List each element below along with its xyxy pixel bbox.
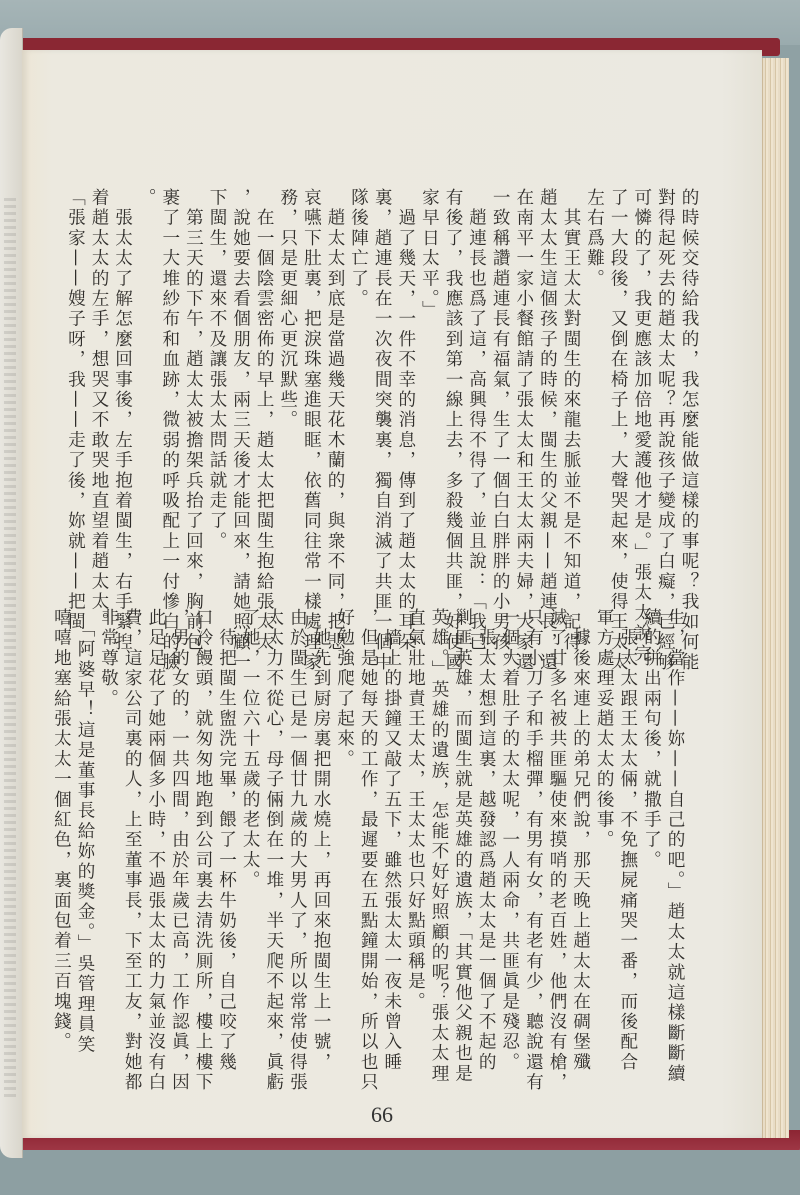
text-column: 英雄。」英雄的遺族，怎能不好好照顧的呢？張太太理 xyxy=(427,608,450,1084)
text-column: 剿匪英雄，而閩生就是英雄的遺族，「其實他父親也是 xyxy=(451,608,474,1084)
text-column: 由於閩生已是一個廿九歲的大男人了，所以常常使得張 xyxy=(285,608,308,1093)
text-column: 趙太太到底是當過幾天花木蘭的，與衆不同，把悲 xyxy=(323,188,346,653)
text-column: 她先到厨房裏把開水燒上，再回來抱閩生上一號， xyxy=(309,608,332,1073)
text-column: 一個大着肚子的太太呢，一人兩命，共匪眞是殘忍。 xyxy=(498,608,521,1073)
text-column: 裹了一大堆紗布和血跡，微弱的呼吸配上一付慘白的臉 xyxy=(158,188,181,673)
left-page-text-fragment xyxy=(4,198,16,1098)
text-column: ，男的女的，一共四間，由於年歲已高，工作認眞，因 xyxy=(167,608,190,1093)
text-column: 可憐的了，我更應該加倍地愛護他才是。」張太太說完 xyxy=(630,188,653,664)
text-column: 家早日太平。」 xyxy=(417,188,440,321)
text-column: 好勉強爬了起來。 xyxy=(333,608,356,770)
text-column: 了一大段後，又倒在椅子上，大聲哭起來，使得王太太 xyxy=(606,188,629,673)
text-column: 張太太了解怎麼回事後，左手抱着閩生，右手緊揑 xyxy=(111,188,134,653)
left-page-edge xyxy=(0,28,23,1158)
text-column: 對得起死去的趙太太呢？再說孩子變成了白癡，已經够 xyxy=(653,188,676,673)
text-column: 了她，一位六十五歲的老太太。 xyxy=(238,608,261,891)
text-column: 趙太太生這個孩子的時候，閩生的父親——趙連長，還 xyxy=(535,188,558,673)
text-column: 直氣壯地責王太太，王太太也只好點頭稱是。 xyxy=(403,608,426,1012)
text-column: 生，當作——妳——自己的吧。」趙太太就這樣斷斷續 xyxy=(663,608,686,1084)
text-column: 左右爲難。 xyxy=(583,188,606,289)
page-number: 66 xyxy=(371,1102,393,1128)
text-column: 太太力不從心，母子倆倒在一堆，半天爬不起來，眞虧 xyxy=(262,608,285,1093)
text-column: ，但是她每天的工作，最遲要在五點鐘開始，所以也只 xyxy=(356,608,379,1093)
background-bottom xyxy=(0,1150,800,1195)
text-column: 張太太想到這裏，越發認爲趙太太是一個了不起的 xyxy=(474,608,497,1073)
text-column: 在南平一家小餐館請了張太太和王太太兩夫婦，大家還 xyxy=(512,188,535,673)
text-column: 務，只是更細心更沉默些。 xyxy=(276,188,299,430)
text-column: 的時候交待給我的，我怎麼能做這樣的事呢？我如何能 xyxy=(677,188,700,673)
text-column: 據後來連上的弟兄們說，那天晚上趙太太在碉堡殲 xyxy=(569,608,592,1073)
text-column: 第三天的下午，趙太太被擔架兵抬了回來，胸前包 xyxy=(181,188,204,653)
text-column: 口冷饅頭，就匆匆地跑到公司裏去清洗厠所，樓上樓下 xyxy=(191,608,214,1093)
text-column: 續的拼出兩句後，就撒手了。 xyxy=(639,608,662,871)
text-column: 隊後陣亡了。 xyxy=(347,188,370,309)
text-column: 哀嚥下肚裏，把淚珠塞進眼眶，依舊同往常一樣處理家 xyxy=(299,188,322,673)
text-column: 有後了，我應該到第一線上去，多殺幾個共匪，好使國 xyxy=(441,188,464,673)
text-column: ，說她要去看個朋友，兩三天後才能回來，請她照顧一 xyxy=(229,188,252,673)
text-column: 費，這家公司裏的人，上至董事長，下至工友，對她都 xyxy=(120,608,143,1093)
text-column: 滅了廿多名被共匪驅使來摸哨的老百姓，他們沒有槍， xyxy=(545,608,568,1093)
text-column: 「阿婆早！這是董事長給妳的獎金。」吳管理員笑 xyxy=(73,608,96,1055)
text-column: 張太太跟王太太倆，不免撫屍痛哭一番，而後配合 xyxy=(616,608,639,1073)
text-column: 「張家——嫂子呀，我——走了後，妳就——把閩 xyxy=(63,188,86,632)
text-column: 墻上的掛鐘又敲了五下，雖然張太太一夜未曾入睡 xyxy=(380,608,403,1073)
text-column: 只有小刀子和手榴彈，有男有女，有老有少，聽說還有 xyxy=(521,608,544,1093)
text-column: 非常尊敬。 xyxy=(97,608,120,709)
book-page: 的時候交待給我的，我怎麼能做這樣的事呢？我如何能對得起死去的趙太太呢？再說孩子變… xyxy=(22,50,762,1138)
text-column: 一致稱讚趙連長有福氣，生了一個白白胖胖的小男孩。 xyxy=(488,188,511,673)
text-column: 此足足花了她兩個多小時，不過張太太的力氣並沒有白 xyxy=(144,608,167,1093)
text-column: 裏，趙連長在一次夜間突襲裏，獨自消滅了共匪一個中 xyxy=(370,188,393,673)
text-column: 軍方處理妥趙太太的後事。 xyxy=(592,608,615,850)
page-stack-edges xyxy=(762,58,789,1138)
text-column: 在一個陰雲密佈的早上，趙太太把閩生抱給張太太 xyxy=(252,188,275,653)
text-column: 過了幾天，一件不幸的消息，傳到了趙太太的耳朵 xyxy=(394,188,417,653)
text-column: 趙連長也爲了這，高興得不得了，並且說：「我已 xyxy=(465,188,488,653)
text-column: 。 xyxy=(134,188,157,208)
text-column: 其實王太太對閩生的來龍去脈並不是不知道，記得 xyxy=(559,188,582,653)
text-column: 下閩生，還來不及讓張太太問話就走了。 xyxy=(205,188,228,552)
text-column: 着趙太太的左手，想哭又不敢哭地直望着趙太太。 xyxy=(87,188,110,632)
text-column: 待把閩生盥洗完畢，餵了一杯牛奶後，自己咬了幾 xyxy=(215,608,238,1073)
text-column: 嘻嘻地塞給張太太一個紅色，裏面包着三百塊錢。 xyxy=(49,608,72,1052)
